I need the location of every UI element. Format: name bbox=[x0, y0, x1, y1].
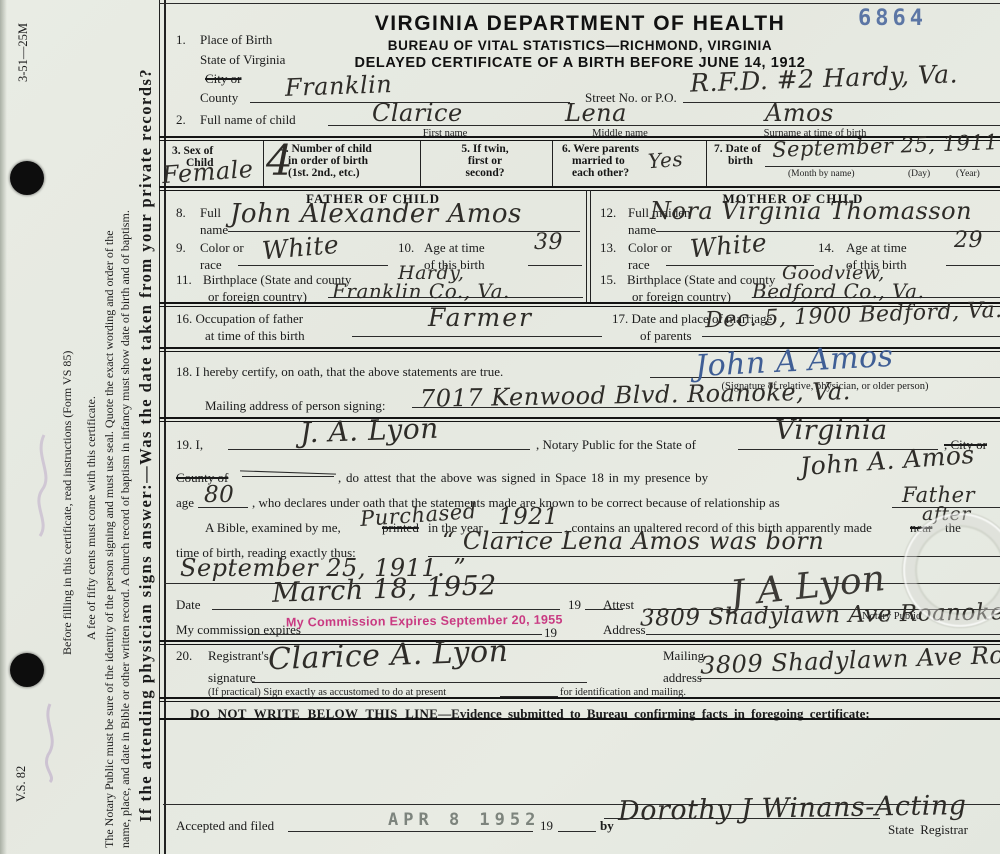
s13-number: 13. bbox=[600, 240, 616, 256]
ink-bleed-mark bbox=[30, 430, 56, 540]
s19-date-underline bbox=[212, 609, 560, 610]
vs-form-number: V.S. 82 bbox=[14, 766, 29, 802]
s19-county-blank-line bbox=[242, 476, 334, 477]
s6-label-line3: each other? bbox=[572, 167, 629, 179]
s8-underline bbox=[228, 231, 580, 232]
box-divider bbox=[263, 141, 264, 186]
form-top-border bbox=[159, 3, 1000, 4]
s19-state-value: Virginia bbox=[775, 415, 888, 446]
s19-notary-name-underline bbox=[228, 449, 530, 450]
s12-number: 12. bbox=[600, 205, 616, 221]
heavy-rule-line bbox=[159, 718, 1000, 720]
s14-number: 14. bbox=[818, 240, 834, 256]
s9-number: 9. bbox=[176, 240, 186, 256]
margin-note-instructions: Before filling in this certificate, read… bbox=[60, 351, 75, 655]
s14-underline bbox=[946, 265, 1000, 266]
s10-underline bbox=[528, 265, 582, 266]
mother-race-value: White bbox=[689, 228, 768, 264]
s1-place-of-birth-label: Place of Birth bbox=[200, 32, 272, 48]
s13-label-line2: race bbox=[628, 257, 650, 273]
s4-label-line2: in order of birth bbox=[288, 155, 368, 167]
s19-age-label: age bbox=[176, 495, 194, 511]
father-name-value: John Alexander Amos bbox=[230, 199, 522, 229]
s7-caption-year: (Year) bbox=[956, 169, 980, 179]
s4-label-line1: 4. Number of child bbox=[280, 143, 372, 155]
s11-label-line1: Birthplace (State and county bbox=[203, 272, 351, 288]
s2-number: 2. bbox=[176, 112, 186, 128]
s15-underline bbox=[752, 297, 1000, 298]
s9-underline bbox=[238, 265, 388, 266]
margin-note-notary-line2: name, place, and date in Bible or other … bbox=[117, 210, 133, 848]
s7-label-line1: 7. Date of bbox=[714, 143, 761, 155]
s19-notary-name-value: J. A. Lyon bbox=[299, 412, 439, 450]
s8-number: 8. bbox=[176, 205, 186, 221]
father-birthplace-line2: Franklin Co., Va. bbox=[332, 279, 510, 303]
margin-note-fee: A fee of fifty cents must come with this… bbox=[84, 396, 99, 640]
form-print-code: 3-51—25M bbox=[16, 23, 31, 82]
mother-birthplace-line2: Bedford Co., Va. bbox=[752, 279, 924, 303]
s19-bible-line-start: A Bible, examined by me, bbox=[205, 520, 341, 536]
certificate-number-stamp: 6864 bbox=[858, 6, 927, 31]
s19-line1-middle: , Notary Public for the State of bbox=[536, 437, 696, 453]
margin-note-notary: The Notary Public must be sure of the id… bbox=[101, 210, 133, 848]
s1-number: 1. bbox=[176, 32, 186, 48]
s20-mailing-underline bbox=[700, 678, 1000, 679]
box-divider bbox=[552, 141, 553, 186]
s20-label-line1: Registrant's bbox=[208, 648, 269, 664]
s19-nineteen-preprint: 19 bbox=[568, 597, 581, 613]
s19-age-value: 80 bbox=[204, 482, 234, 508]
accepted-underline bbox=[288, 831, 533, 832]
s1-county-value: Franklin bbox=[285, 70, 393, 102]
s6-label-line1: 6. Were parents bbox=[562, 143, 639, 155]
s20-mailing-label-line1: Mailing bbox=[663, 648, 704, 664]
s19-commission-label: My commission expires bbox=[176, 622, 301, 638]
s19-date-value: March 18, 1952 bbox=[272, 570, 498, 609]
s19-commission-nineteen: 19 bbox=[544, 625, 557, 641]
scanned-birth-certificate: 3-51—25M V.S. 82 Before filling in this … bbox=[0, 0, 1000, 854]
s19-attest-label: Attest bbox=[603, 597, 634, 613]
s5-label-line1: 5. If twin, bbox=[430, 143, 540, 155]
s2-first-name: Clarice bbox=[372, 99, 463, 127]
s19-bible-quote-line1: “ Clarice Lena Amos was born bbox=[442, 527, 824, 555]
s7-caption-day: (Day) bbox=[908, 169, 930, 179]
s16-underline bbox=[352, 336, 602, 337]
ink-bleed-mark bbox=[38, 700, 64, 785]
box-divider bbox=[706, 141, 707, 186]
state-registrar-title: State Registrar bbox=[888, 822, 968, 838]
s15-number: 15. bbox=[600, 272, 616, 288]
s19-address-underline bbox=[646, 634, 1000, 635]
s17-label-line2: of parents bbox=[640, 328, 692, 344]
margin-note-notary-line1: The Notary Public must be sure of the id… bbox=[101, 210, 117, 848]
s19-witnessed-by-value: John A. Amos bbox=[799, 440, 975, 481]
registrant-signature-value: Clarice A. Lyon bbox=[267, 634, 509, 677]
strikeout-line bbox=[604, 818, 880, 819]
s11-underline bbox=[328, 297, 583, 298]
margin-note-physician: If the attending physician signs answer:… bbox=[136, 68, 156, 822]
s1-street-underline bbox=[683, 102, 1000, 103]
parent-column-divider bbox=[586, 190, 587, 303]
punch-hole-top bbox=[10, 161, 44, 195]
s2-label: Full name of child bbox=[200, 112, 296, 128]
s20-mailing-label-line2: address bbox=[663, 670, 702, 686]
mother-age-value: 29 bbox=[954, 228, 983, 253]
commission-expires-stamp: My Commission Expires September 20, 1955 bbox=[286, 613, 563, 630]
father-race-value: White bbox=[261, 230, 340, 266]
s1-state-label: State of Virginia bbox=[200, 52, 285, 68]
s20-label-line2: signature bbox=[208, 670, 256, 686]
strikeout-line bbox=[240, 470, 336, 474]
s9-label-line1: Color or bbox=[200, 240, 244, 256]
s6-label-line2: married to bbox=[572, 155, 625, 167]
s2-middle-name: Lena bbox=[565, 99, 627, 127]
footer-by-label: by bbox=[600, 818, 614, 834]
father-occupation-value: Farmer bbox=[428, 303, 533, 332]
s18-mailing-label: Mailing address of person signing: bbox=[205, 398, 386, 414]
s6-parents-married-value: Yes bbox=[647, 147, 684, 173]
s19-line2-rest: , do attest that the above was signed in… bbox=[338, 470, 708, 486]
s20-number: 20. bbox=[176, 648, 192, 664]
s20-signature-underline bbox=[252, 682, 587, 683]
s8-label-full: Full bbox=[200, 205, 221, 221]
s5-label-line2: first or bbox=[430, 155, 540, 167]
form-left-border-inner bbox=[164, 0, 166, 854]
s17-underline bbox=[702, 336, 1000, 337]
accepted-filed-label: Accepted and filed bbox=[176, 818, 274, 834]
s1-county-label: County bbox=[200, 90, 238, 106]
s14-label-line1: Age at time bbox=[846, 240, 907, 256]
s5-label-line3: second? bbox=[430, 167, 540, 179]
parent-column-divider bbox=[590, 190, 591, 303]
s2-surname: Amos bbox=[765, 99, 834, 127]
date-received-stamp: APR 8 1952 bbox=[388, 810, 540, 830]
footer-nineteen-underline bbox=[558, 831, 596, 832]
s19-date-label: Date bbox=[176, 597, 201, 613]
s13-label-line1: Color or bbox=[628, 240, 672, 256]
s18-statement: 18. I hereby certify, on oath, that the … bbox=[176, 364, 503, 380]
s4-birth-order-value: 4 bbox=[266, 136, 293, 185]
s7-underline bbox=[765, 166, 1000, 167]
punch-hole-bottom bbox=[10, 653, 44, 687]
mother-name-value: Nora Virginia Thomasson bbox=[650, 197, 972, 225]
father-age-value: 39 bbox=[534, 230, 563, 255]
s7-label-line2: birth bbox=[728, 155, 753, 167]
s16-label-line1: 16. Occupation of father bbox=[176, 311, 303, 327]
s4-label-line3: (1st. 2nd., etc.) bbox=[288, 167, 360, 179]
page-title: VIRGINIA DEPARTMENT OF HEALTH bbox=[280, 12, 880, 36]
s11-number: 11. bbox=[176, 272, 192, 288]
s16-label-line2: at time of this birth bbox=[205, 328, 305, 344]
s8-label-name: name bbox=[200, 222, 228, 238]
box-divider bbox=[420, 141, 421, 186]
s10-number: 10. bbox=[398, 240, 414, 256]
s10-label-line1: Age at time bbox=[424, 240, 485, 256]
s18-mailing-underline bbox=[412, 407, 1000, 408]
s3-label-line1: 3. Sex of bbox=[172, 145, 213, 157]
s19-line1-start: 19. I, bbox=[176, 437, 203, 453]
form-left-border-outer bbox=[159, 0, 160, 854]
s9-label-line2: race bbox=[200, 257, 222, 273]
scan-edge-shadow bbox=[0, 0, 7, 854]
rule-line bbox=[159, 697, 1000, 702]
s1-city-or-label-struck: City or bbox=[205, 71, 241, 87]
s3-sex-value: Female bbox=[161, 155, 254, 189]
s7-caption-month: (Month by name) bbox=[788, 169, 855, 179]
bureau-subtitle: BUREAU OF VITAL STATISTICS—RICHMOND, VIR… bbox=[280, 38, 880, 53]
footer-nineteen-preprint: 19 bbox=[540, 818, 553, 834]
